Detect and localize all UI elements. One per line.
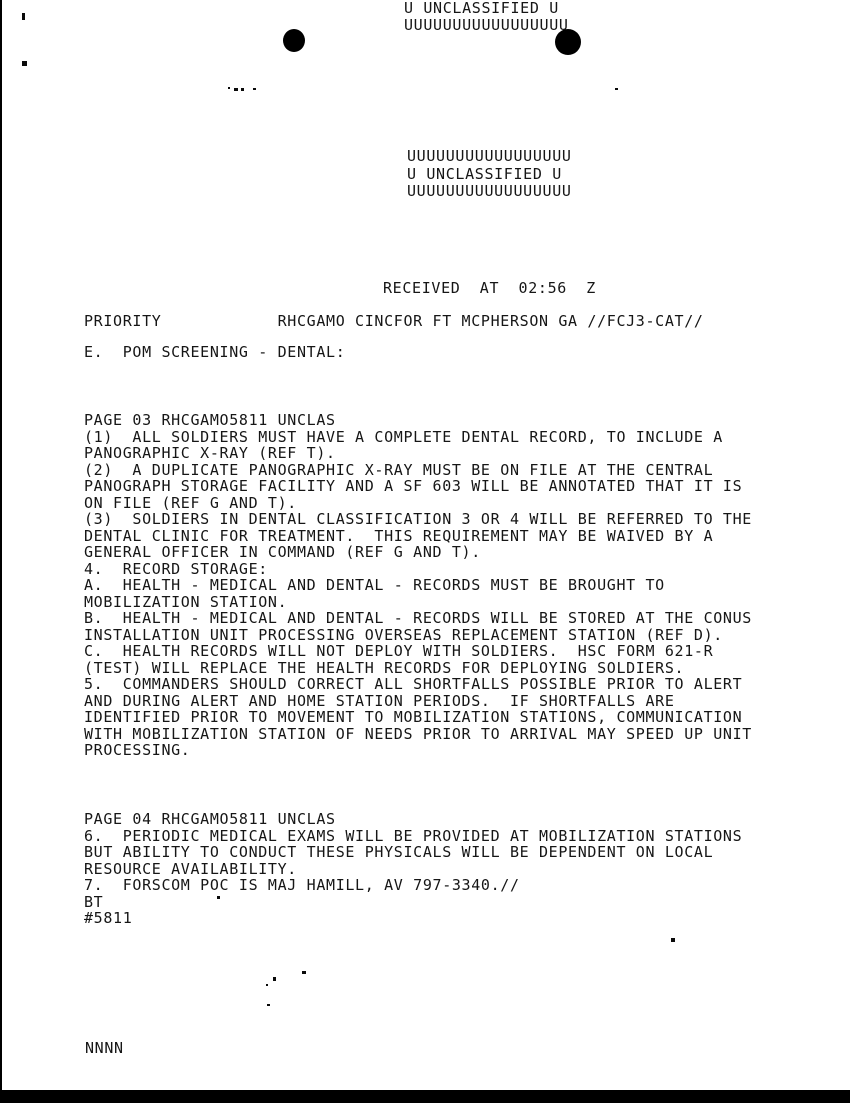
scan-edge-left bbox=[0, 0, 2, 1103]
scan-speck bbox=[228, 87, 230, 89]
scan-speck bbox=[266, 984, 268, 986]
hole-punch-right bbox=[555, 29, 581, 55]
scan-speck bbox=[234, 88, 238, 91]
top-banner-line1: U UNCLASSIFIED U bbox=[404, 0, 559, 17]
scan-speck bbox=[241, 88, 244, 91]
hole-punch-left bbox=[283, 29, 305, 52]
scan-speck bbox=[22, 13, 25, 20]
scan-speck bbox=[671, 938, 675, 942]
end-of-message-marker: NNNN bbox=[85, 1040, 124, 1057]
stamp-line1: UUUUUUUUUUUUUUUUU bbox=[407, 147, 572, 165]
top-banner-line2: UUUUUUUUUUUUUUUUU bbox=[404, 16, 569, 34]
received-timestamp: RECEIVED AT 02:56 Z bbox=[383, 280, 596, 297]
message-body-page-03: PAGE 03 RHCGAMO5811 UNCLAS (1) ALL SOLDI… bbox=[84, 412, 752, 759]
stamp-line3: UUUUUUUUUUUUUUUUU bbox=[407, 182, 572, 200]
scan-speck bbox=[302, 971, 306, 974]
scan-edge-bottom bbox=[0, 1090, 850, 1103]
scan-speck bbox=[22, 61, 27, 66]
scan-speck bbox=[615, 88, 618, 90]
classification-stamp: UUUUUUUUUUUUUUUUU U UNCLASSIFIED U UUUUU… bbox=[407, 148, 572, 201]
scan-speck bbox=[267, 1004, 270, 1006]
scan-speck bbox=[273, 977, 276, 981]
top-classification-banner: U UNCLASSIFIED U UUUUUUUUUUUUUUUUU bbox=[404, 0, 569, 33]
subject-line: E. POM SCREENING - DENTAL: bbox=[84, 344, 345, 361]
scan-speck bbox=[253, 88, 256, 90]
message-body-page-04: PAGE 04 RHCGAMO5811 UNCLAS 6. PERIODIC M… bbox=[84, 811, 742, 927]
stamp-line2: U UNCLASSIFIED U bbox=[407, 165, 562, 183]
priority-routing-line: PRIORITY RHCGAMO CINCFOR FT MCPHERSON GA… bbox=[84, 313, 704, 330]
scan-speck bbox=[217, 896, 220, 899]
scanned-message-page: U UNCLASSIFIED U UUUUUUUUUUUUUUUUU UUUUU… bbox=[0, 0, 850, 1103]
